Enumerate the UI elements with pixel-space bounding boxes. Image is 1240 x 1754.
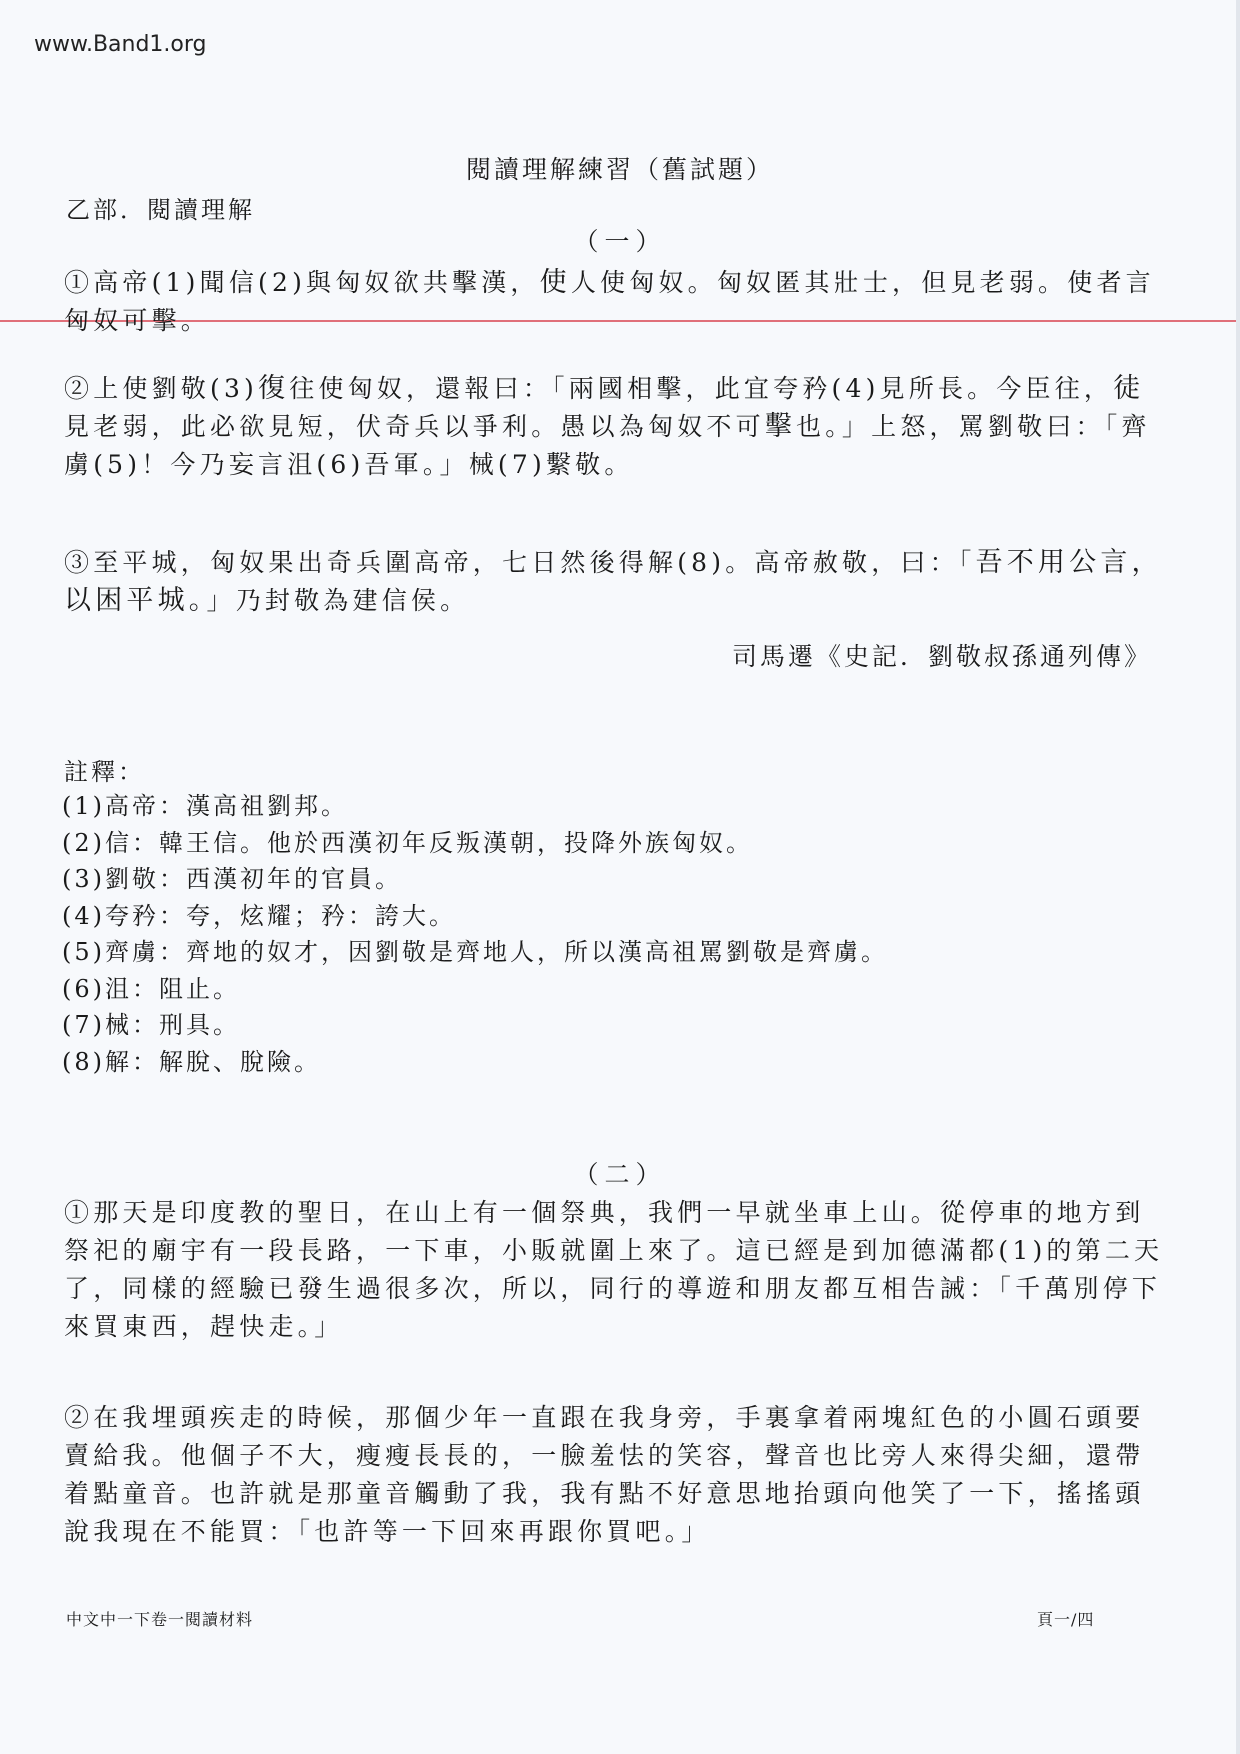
passage2-heading: （二） [0,1155,1240,1191]
emphasized-text: 復 [258,373,289,404]
text-segment: ③至平城，匈奴果出奇兵圍高帝，七日然後得解(8)。高帝赦敬，曰：「 [64,548,976,577]
watermark: www.Band1.org [34,32,207,57]
passage2-paragraph-2: ②在我埋頭疾走的時候，那個少年一直跟在我身旁，手裏拿着兩塊紅色的小圓石頭要賣給我… [64,1399,1164,1551]
section-label: 乙部．閱讀理解 [66,190,255,225]
passage2-paragraph-1: ①那天是印度教的聖日，在山上有一個祭典，我們一早就坐車上山。從停車的地方到祭祀的… [64,1194,1164,1346]
notes-list: (1)高帝：漢高祖劉邦。 (2)信：韓王信。他於西漢初年反叛漢朝，投降外族匈奴。… [62,788,888,1080]
text-segment: ②上使劉敬(3) [64,374,258,403]
notes-title: 註釋： [64,752,145,787]
text-segment: 見老弱，此必欲見短，伏奇兵以爭利。愚以為匈奴不可 [64,412,765,441]
text-segment: 」乃封敬為建信侯。 [207,586,470,615]
note-item: (7)械：刑具。 [62,1007,888,1044]
note-item: (6)沮：阻止。 [62,971,888,1008]
note-item: (1)高帝：漢高祖劉邦。 [62,788,888,825]
text-segment: ①高帝(1)聞信(2)與匈奴欲共擊漢， [64,268,540,297]
emphasized-text: 使 [540,267,571,298]
source-citation: 司馬遷《史記．劉敬叔孫通列傳》 [732,637,1152,673]
emphasized-text: 擊 [765,411,796,442]
footer-label: 中文中一下卷一閱讀材料 [66,1607,253,1630]
note-item: (3)劉敬：西漢初年的官員。 [62,861,888,898]
note-item: (8)解：解脫、脫險。 [62,1044,888,1081]
page-title: 閱讀理解練習（舊試題） [0,150,1240,186]
passage1-paragraph-3: ③至平城，匈奴果出奇兵圍高帝，七日然後得解(8)。高帝赦敬，曰：「吾不用公言，以… [64,544,1164,620]
passage1-paragraph-1: ①高帝(1)聞信(2)與匈奴欲共擊漢，使人使匈奴。匈奴匿其壯士，但見老弱。使者言… [64,264,1164,340]
passage1-heading: （一） [0,222,1240,258]
page-number: 頁一/四 [1037,1607,1094,1630]
note-item: (5)齊虜：齊地的奴才，因劉敬是齊地人，所以漢高祖罵劉敬是齊虜。 [62,934,888,971]
text-segment: 往使匈奴，還報曰：「兩國相擊，此宜夸矜(4)見所長。今臣往， [289,374,1113,403]
passage1-paragraph-2: ②上使劉敬(3)復往使匈奴，還報曰：「兩國相擊，此宜夸矜(4)見所長。今臣往，徒… [64,370,1164,484]
note-item: (2)信：韓王信。他於西漢初年反叛漢朝，投降外族匈奴。 [62,825,888,862]
note-item: (4)夸矜：夸，炫耀；矜：誇大。 [62,898,888,935]
page-edge [1236,0,1240,1754]
emphasized-text: 徒 [1113,373,1144,404]
